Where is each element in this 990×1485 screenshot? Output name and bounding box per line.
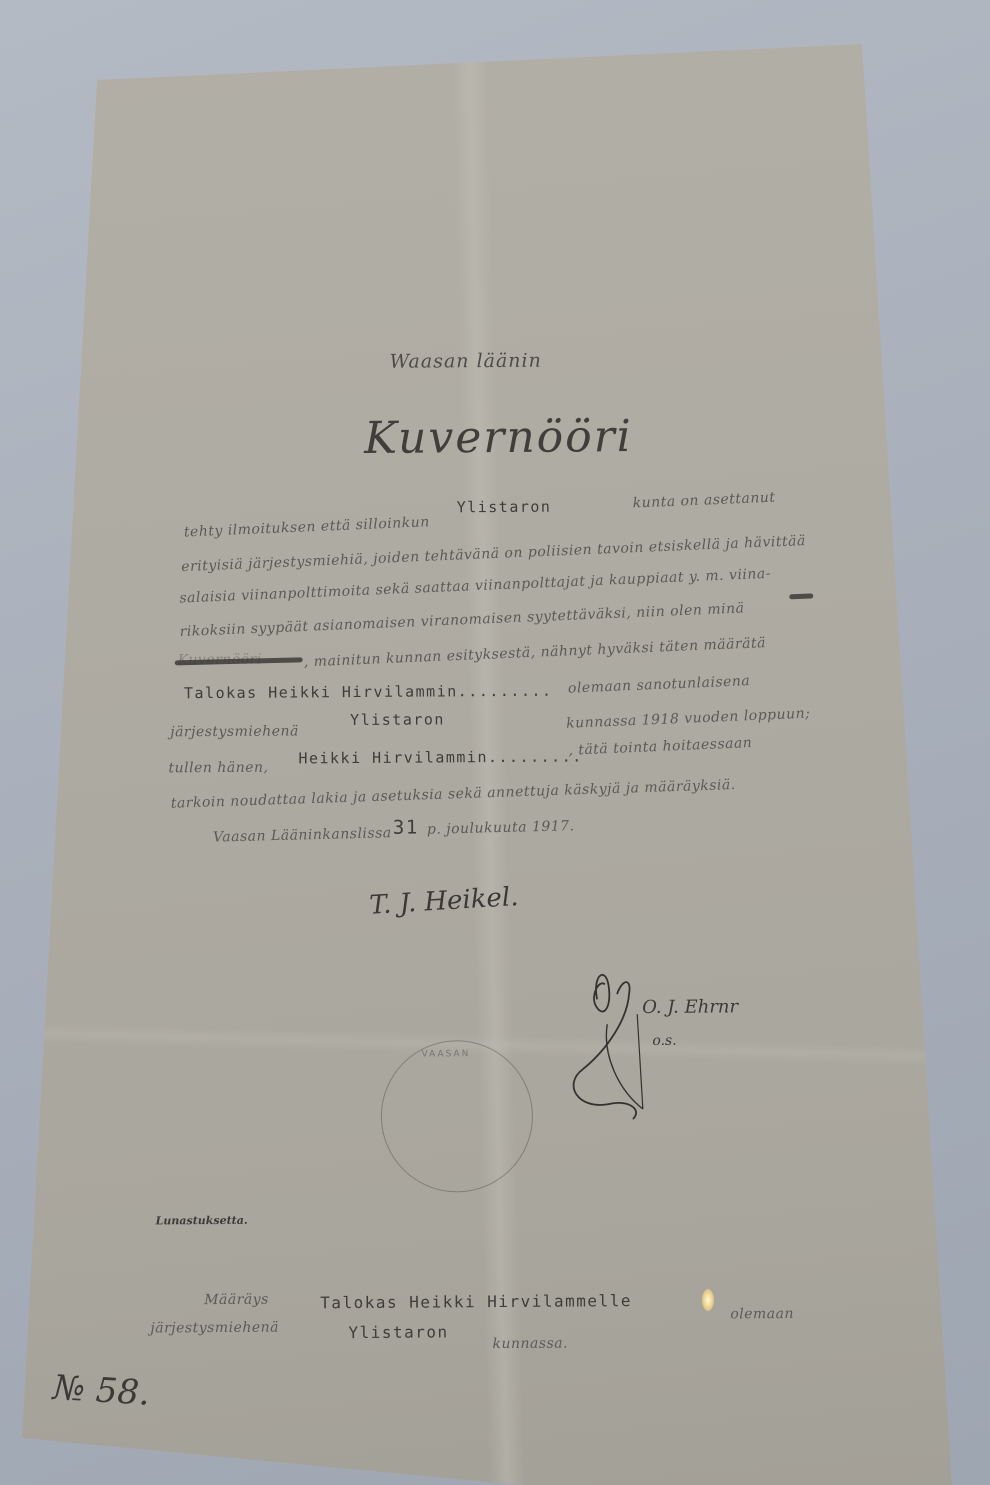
body-line-7-pre: järjestysmiehenä [170, 723, 299, 740]
body-line-6-post: olemaan sanotunlaisena [568, 673, 751, 697]
official-stamp: VAASAN [380, 1040, 533, 1193]
stub-line2-pre: järjestysmiehenä [150, 1320, 279, 1337]
body-line-8-typed: Heikki Hirvilammin......... [298, 747, 582, 767]
stub-line1-pre: Määräys [204, 1292, 269, 1308]
stamp-text: VAASAN [421, 1049, 470, 1059]
dateline-day: 31 [393, 817, 419, 839]
stub-line2-post: kunnassa. [492, 1336, 568, 1353]
signature-second: O. J. Ehrnr [642, 996, 738, 1018]
document-title: Kuvernööri [364, 411, 633, 464]
signature-suffix: o.s. [652, 1033, 676, 1049]
body-line-3: salaisia viinanpolttimoita sekä saattaa … [179, 566, 771, 607]
body-line-1-pre: tehty ilmoituksen että silloinkun [184, 514, 430, 540]
signature-flourish [547, 958, 728, 1129]
stub-line1-post: olemaan [730, 1306, 794, 1322]
light-reflection [702, 1289, 714, 1311]
body-line-1-post: kunta on asettanut [632, 490, 775, 512]
document-content: Waasan läänin Kuvernööri tehty ilmoituks… [0, 0, 990, 1485]
signature-heikel: T. J. Heikel. [369, 882, 520, 921]
document-number: № 58. [52, 1368, 151, 1414]
dateline-place: Vaasan Lääninkanslissa [213, 825, 392, 845]
stub-line2-typed: Ylistaron [348, 1322, 448, 1342]
body-line-7-typed: Ylistaron [350, 710, 445, 729]
ink-blot [789, 593, 813, 599]
body-line-4: rikoksiin syypäät asianomaisen viranomai… [179, 600, 744, 640]
body-line-8-post: , tätä tointa hoitaessaan [568, 735, 753, 759]
body-line-9: tarkoin noudattaa lakia ja asetuksia sek… [171, 777, 736, 812]
appointee-typed-name: Talokas Heikki Hirvilammin......... [184, 682, 553, 703]
body-line-5-post: , mainitun kunnan esityksestä, nähnyt hy… [304, 635, 767, 670]
header-line: Waasan läänin [390, 350, 542, 373]
stub-line1-typed: Talokas Heikki Hirvilammelle [320, 1291, 632, 1312]
body-line-7-post: kunnassa 1918 vuoden loppuun; [566, 706, 811, 732]
body-line-1-typed: Ylistaron [457, 498, 552, 517]
dateline-rest: p. joulukuuta 1917. [427, 818, 575, 838]
stub-label: Lunastuksetta. [156, 1214, 248, 1228]
body-line-8-pre: tullen hänen, [168, 760, 268, 777]
